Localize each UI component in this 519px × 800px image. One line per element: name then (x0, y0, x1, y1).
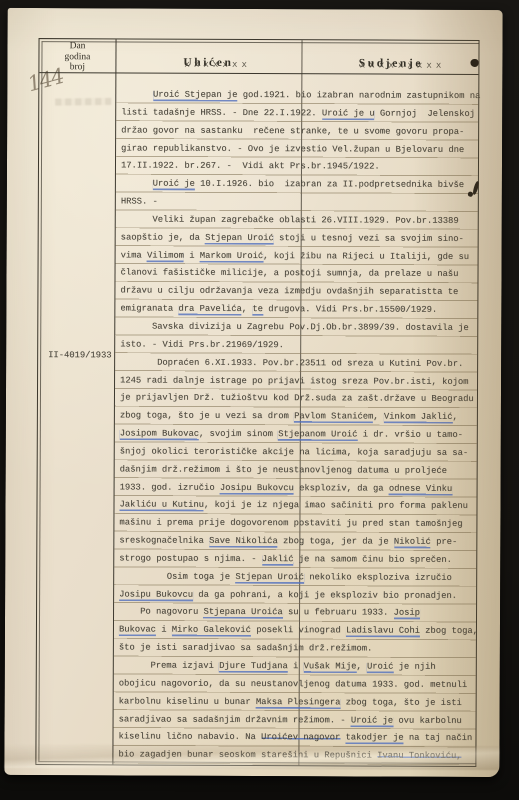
underlined-phrase: Markom Uroić (200, 250, 263, 260)
typewritten-line: bio zagadjen bunar seoskom starešini u R… (118, 747, 480, 766)
underlined-phrase: Vilimom (147, 250, 184, 260)
typewritten-line: kiselinu lično nabavio. Na Uroićev nagov… (118, 729, 480, 748)
underlined-phrase: dra Pavelića (178, 304, 241, 314)
typewritten-line: 1933. god. izručio Josipu Bukovcu eksplo… (120, 479, 482, 498)
typewritten-line: HRSS. - (121, 193, 483, 212)
registry-number: II-4019/1933 (48, 350, 114, 360)
underlined-phrase: Vinkom Jaklić (384, 412, 453, 422)
underlined-phrase: Jaklić (262, 554, 294, 564)
typewritten-line: je prijavljen Drž. tužioštvu kod Drž.sud… (120, 390, 482, 409)
underlined-phrase: Josip (394, 608, 420, 618)
header-label-sudjenje: Sudjenje xxxxxxxxx (359, 57, 423, 69)
underlined-phrase: Uroić (367, 661, 393, 671)
typewritten-line: Uroić je 10.I.1926. bio izabran za II.po… (121, 176, 483, 195)
typewritten-line: vima Vilimom i Markom Uroić, koji žibu n… (121, 247, 483, 266)
typewritten-line: sreskognačelnika Save Nikolića zbog toga… (119, 533, 481, 552)
underlined-phrase: Nikolić (394, 537, 431, 547)
underlined-phrase: te (252, 304, 263, 314)
overstrike-marks: xxxxxxx (184, 59, 251, 69)
typewritten-line: Uroić Stjepan je god.1921. bio izabran n… (121, 86, 483, 105)
typewritten-line: članovi fašističke milicije, a postoji s… (120, 265, 482, 284)
underlined-phrase: Josipu Bukovcu (220, 482, 294, 492)
typewritten-line: isto. - Vidi Prs.br.21969/1929. (120, 336, 482, 355)
typewritten-line: Po nagovoru Stjepana Uroića su u februar… (119, 604, 481, 623)
typewritten-line: saopštio je, da Stjepan Uroić stoji u te… (121, 229, 483, 248)
underlined-phrase: Save Nikolića (209, 536, 278, 546)
ink-dot (470, 59, 478, 67)
underlined-phrase: Uroić je u (322, 108, 375, 118)
underlined-phrase: Maksa Plesingera (256, 697, 341, 707)
typewritten-line: Josipu Bukovcu da ga pohrani, a koji je … (119, 586, 481, 605)
typewritten-line: šnjoj okolici terorističke akcije na lic… (120, 443, 482, 462)
underlined-phrase: Bukovac (119, 625, 156, 635)
typewritten-line: Bukovac i Mirko Galeković posekli vinogr… (119, 622, 481, 641)
typewritten-line: Savska divizija u Zagrebu Pov.Dj.Ob.br.3… (120, 318, 482, 337)
underlined-phrase: Uroić Stjepan je (153, 90, 238, 100)
struck-phrase: Uroićev nagovor (261, 732, 340, 742)
typewritten-line: Dopraćen 6.XI.1933. Pov.br.23511 od srez… (120, 354, 482, 373)
underlined-phrase: Stjepan Uroić (205, 233, 274, 243)
typewritten-line: Osim toga je Stjepan Uroić nekoliko eksp… (119, 568, 481, 587)
header-label-dan: Dan (39, 41, 115, 52)
document-page: 144 Dan godina broj Uhićen xxxxxxx Sudje… (4, 8, 502, 777)
header-cell-date: Dan godina broj (39, 39, 115, 72)
typewritten-line: 1245 radi dalnje istrage po prijavi isto… (120, 372, 482, 391)
typewritten-line: dašnjim drž.režimom i što je neustanovlj… (120, 461, 482, 480)
column-divider-broj (112, 39, 116, 764)
typewritten-line: obojicu nagovorio, da su neustanovljenog… (119, 675, 481, 694)
typewritten-line: držao govor na sastanku rečene stranke, … (121, 122, 483, 141)
header-cell-uhicen: Uhićen xxxxxxx (115, 39, 301, 73)
underlined-phrase: odnese Vinku (389, 483, 452, 493)
underlined-phrase: Stjepanom Uroić (278, 429, 357, 439)
typewritten-line: Prema izjavi Djure Tudjana i Vušak Mije,… (119, 657, 481, 676)
underlined-phrase: Mirko Galeković (172, 625, 251, 635)
typewritten-line: Josipom Bukovac, svojim sinom Stjepanom … (120, 425, 482, 444)
typewritten-line: girao republikanstvo. - Ovo je izvestio … (121, 140, 483, 159)
underlined-phrase: Pavlom Stanićem (294, 411, 373, 421)
typewritten-line: zbog toga, što je u vezi sa drom Pavlom … (120, 408, 482, 427)
underlined-phrase: Josipu Bukovcu (119, 589, 193, 599)
typewritten-line: Veliki župan zagrebačke oblasti 26.VIII.… (121, 211, 483, 230)
typewritten-text: Uroić Stjepan je god.1921. bio izabran n… (118, 86, 483, 766)
typewritten-line: emigranata dra Pavelića, te drugova. Vid… (120, 301, 482, 320)
typewritten-line: karbolnu kiselinu u bunar Maksa Plesinge… (119, 693, 481, 712)
typewritten-line: državu u cilju održavanja veza izmedju o… (120, 283, 482, 302)
typewritten-line: strogo postupao s njima. - Jaklić je na … (119, 550, 481, 569)
photographed-archive-page: { "document": { "marginalia": { "page_nu… (0, 0, 519, 800)
underlined-phrase: takodjer je (345, 733, 403, 743)
underlined-phrase: Uroić je (153, 179, 195, 189)
overstrike-marks: xxxxxxxxx (360, 60, 446, 70)
underlined-phrase: Djure Tudjana (219, 661, 288, 671)
underlined-phrase: Vušak Mije (304, 661, 357, 671)
header-label-uhicen: Uhićen xxxxxxx (183, 57, 233, 69)
typewritten-line: mašinu i prema prije dogovorenom postavi… (119, 515, 481, 534)
typewritten-line: saradjivao sa sadašnjim državnim režimom… (119, 711, 481, 730)
underlined-phrase: Ladislavu Cohi (346, 626, 420, 636)
header-label-godina: godina (39, 52, 115, 63)
header-cell-sudjenje: Sudjenje xxxxxxxxx (301, 40, 480, 74)
underlined-phrase: Stjepana Uroića (203, 607, 282, 617)
underlined-phrase: Stjepan Uroić (235, 572, 304, 582)
typewritten-line: 17.II.1922. br.267. - Vidi akt Prs.br.19… (121, 158, 483, 177)
underlined-phrase: Uroić je (351, 715, 393, 725)
record-table: Dan godina broj Uhićen xxxxxxx Sudjenje … (35, 38, 479, 767)
typewritten-line: listi tadašnje HRSS. - Dne 22.I.1922. Ur… (121, 104, 483, 123)
header-label-broj: broj (39, 62, 115, 73)
typewritten-line: Jakliću u Kutinu, koji je iz njega imao … (119, 497, 481, 516)
typewritten-line: što je isti saradjivao sa sadašnjim drž.… (119, 640, 481, 659)
struck-phrase: Ivanu Tonkoviću, (377, 751, 462, 761)
underlined-phrase: Jakliću u Kutinu (119, 500, 204, 510)
underlined-phrase: Josipom Bukovac (120, 428, 199, 438)
